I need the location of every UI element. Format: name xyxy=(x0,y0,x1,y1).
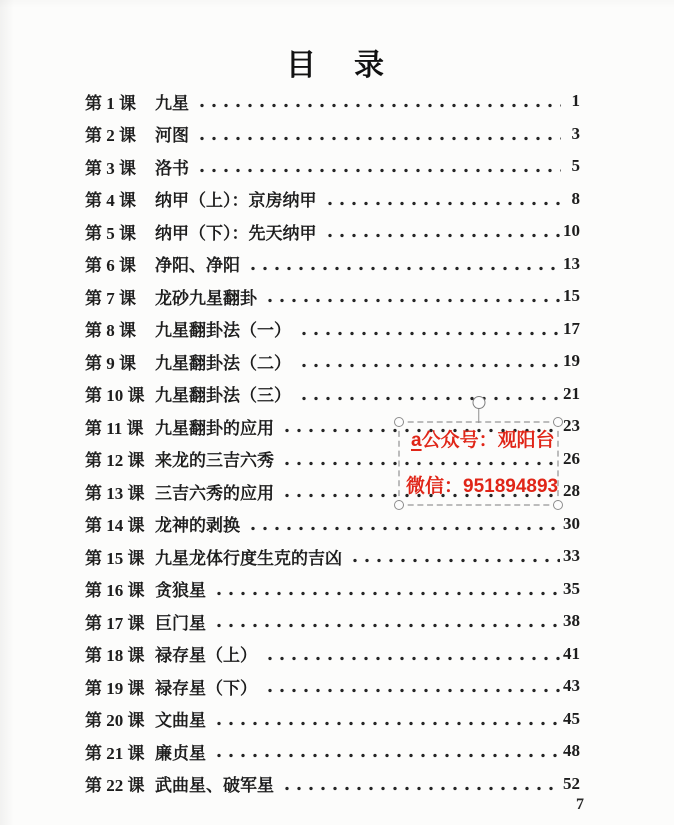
entry-lesson-label: 第 22 课 xyxy=(85,771,155,796)
entry-page-number: 3 xyxy=(564,124,580,144)
entry-lesson-label: 第 1 课 xyxy=(85,89,155,114)
watermark-textbox[interactable]: a公众号：观阳台 微信：951894893 xyxy=(398,421,559,506)
entry-page-number: 38 xyxy=(563,611,580,631)
entry-page-number: 17 xyxy=(563,319,580,339)
watermark-line2: 微信：951894893 xyxy=(406,476,558,498)
dots-leader xyxy=(263,280,560,313)
entry-title: 纳甲（下）：先天纳甲 xyxy=(155,219,320,244)
entry-lesson-label: 第 21 课 xyxy=(85,739,155,764)
entry-page-number: 19 xyxy=(563,351,580,371)
dots-leader xyxy=(246,248,560,281)
toc-entry: 第 3 课 洛书 5 xyxy=(85,150,580,183)
toc-entry: 第 1 课 九星 1 xyxy=(85,85,580,118)
dots-leader xyxy=(195,85,561,118)
toc-entry: 第 8 课 九星翻卦法（一） 17 xyxy=(85,313,580,346)
entry-title: 九星翻卦法（一） xyxy=(155,316,294,341)
entry-lesson-label: 第 2 课 xyxy=(85,121,155,146)
entry-page-number: 52 xyxy=(563,774,580,794)
entry-title: 九星翻卦法（三） xyxy=(155,381,294,406)
entry-page-number: 43 xyxy=(563,676,580,696)
toc-entry: 第 15 课 九星龙体行度生克的吉凶 33 xyxy=(85,540,580,573)
watermark-line1-underlined: a xyxy=(411,430,422,451)
entry-page-number: 10 xyxy=(563,221,580,241)
toc-entry: 第 21 课 廉贞星 48 xyxy=(85,735,580,768)
dots-leader xyxy=(280,768,560,801)
entry-page-number: 5 xyxy=(564,156,580,176)
entry-page-number: 15 xyxy=(563,286,580,306)
entry-lesson-label: 第 9 课 xyxy=(85,349,155,374)
entry-page-number: 41 xyxy=(563,644,580,664)
entry-title: 龙砂九星翻卦 xyxy=(155,284,260,309)
entry-lesson-label: 第 12 课 xyxy=(85,446,155,471)
watermark-line1: a公众号：观阳台 xyxy=(411,430,555,452)
entry-title: 九星翻卦的应用 xyxy=(155,414,277,439)
toc-entry: 第 4 课 纳甲（上）：京房纳甲 8 xyxy=(85,183,580,216)
footer-page-number: 7 xyxy=(576,796,584,814)
resize-handle-bottom-left[interactable] xyxy=(394,500,404,510)
entry-page-number: 8 xyxy=(564,189,580,209)
resize-handle-top-left[interactable] xyxy=(394,417,404,427)
document-page: 目 录 第 1 课 九星 1 第 2 课 河图 3 第 3 课 洛书 5 第 4… xyxy=(0,0,674,825)
rotate-handle-icon[interactable] xyxy=(472,396,485,409)
entry-title: 巨门星 xyxy=(155,609,209,634)
entry-title: 来龙的三吉六秀 xyxy=(155,446,277,471)
dots-leader xyxy=(297,378,560,411)
resize-handle-bottom-right[interactable] xyxy=(553,500,563,510)
entry-lesson-label: 第 18 课 xyxy=(85,641,155,666)
entry-title: 廉贞星 xyxy=(155,739,209,764)
dots-leader xyxy=(195,150,561,183)
toc-entry: 第 19 课 禄存星（下） 43 xyxy=(85,670,580,703)
entry-page-number: 21 xyxy=(563,384,580,404)
dots-leader xyxy=(323,183,562,216)
entry-page-number: 33 xyxy=(563,546,580,566)
entry-lesson-label: 第 11 课 xyxy=(85,414,155,439)
rotate-handle-stem xyxy=(478,408,480,423)
entry-page-number: 30 xyxy=(563,514,580,534)
entry-title: 纳甲（上）：京房纳甲 xyxy=(155,186,320,211)
toc-entry: 第 7 课 龙砂九星翻卦 15 xyxy=(85,280,580,313)
toc-entry: 第 18 课 禄存星（上） 41 xyxy=(85,638,580,671)
entry-title: 净阳、净阳 xyxy=(155,251,243,276)
toc-entry: 第 17 课 巨门星 38 xyxy=(85,605,580,638)
entry-page-number: 23 xyxy=(563,416,580,436)
entry-title: 龙神的剥换 xyxy=(155,511,243,536)
entry-page-number: 28 xyxy=(563,481,580,501)
entry-lesson-label: 第 16 课 xyxy=(85,576,155,601)
dots-leader xyxy=(212,703,560,736)
entry-title: 九星龙体行度生克的吉凶 xyxy=(155,544,345,569)
toc-entry: 第 5 课 纳甲（下）：先天纳甲 10 xyxy=(85,215,580,248)
entry-title: 贪狼星 xyxy=(155,576,209,601)
entry-lesson-label: 第 19 课 xyxy=(85,674,155,699)
entry-lesson-label: 第 7 课 xyxy=(85,284,155,309)
entry-title: 文曲星 xyxy=(155,706,209,731)
dots-leader xyxy=(297,345,560,378)
entry-page-number: 26 xyxy=(563,449,580,469)
entry-lesson-label: 第 15 课 xyxy=(85,544,155,569)
toc-entry: 第 10 课 九星翻卦法（三） 21 xyxy=(85,378,580,411)
entry-page-number: 1 xyxy=(564,91,580,111)
dots-leader xyxy=(263,670,560,703)
entry-title: 禄存星（上） xyxy=(155,641,260,666)
dots-leader xyxy=(212,735,560,768)
entry-title: 九星翻卦法（二） xyxy=(155,349,294,374)
toc-entry: 第 2 课 河图 3 xyxy=(85,118,580,151)
toc-entry: 第 9 课 九星翻卦法（二） 19 xyxy=(85,345,580,378)
watermark-line1-rest: 公众号：观阳台 xyxy=(422,430,555,451)
entry-title: 九星 xyxy=(155,89,192,114)
entry-lesson-label: 第 5 课 xyxy=(85,219,155,244)
entry-lesson-label: 第 10 课 xyxy=(85,381,155,406)
entry-title: 武曲星、破军星 xyxy=(155,771,277,796)
toc-entry: 第 20 课 文曲星 45 xyxy=(85,703,580,736)
entry-page-number: 13 xyxy=(563,254,580,274)
dots-leader xyxy=(195,118,561,151)
dots-leader xyxy=(323,215,561,248)
entry-lesson-label: 第 8 课 xyxy=(85,316,155,341)
dots-leader xyxy=(297,313,560,346)
entry-lesson-label: 第 20 课 xyxy=(85,706,155,731)
dots-leader xyxy=(212,573,560,606)
dots-leader xyxy=(348,540,560,573)
toc-entry: 第 14 课 龙神的剥换 30 xyxy=(85,508,580,541)
entry-page-number: 45 xyxy=(563,709,580,729)
dots-leader xyxy=(263,638,560,671)
page-title: 目 录 xyxy=(0,40,674,84)
entry-page-number: 35 xyxy=(563,579,580,599)
toc-entry: 第 22 课 武曲星、破军星 52 xyxy=(85,768,580,801)
entry-title: 禄存星（下） xyxy=(155,674,260,699)
entry-lesson-label: 第 14 课 xyxy=(85,511,155,536)
entry-lesson-label: 第 4 课 xyxy=(85,186,155,211)
entry-title: 洛书 xyxy=(155,154,192,179)
entry-lesson-label: 第 17 课 xyxy=(85,609,155,634)
toc-entry: 第 16 课 贪狼星 35 xyxy=(85,573,580,606)
entry-lesson-label: 第 3 课 xyxy=(85,154,155,179)
toc-entry: 第 6 课 净阳、净阳 13 xyxy=(85,248,580,281)
entry-lesson-label: 第 6 课 xyxy=(85,251,155,276)
entry-title: 三吉六秀的应用 xyxy=(155,479,277,504)
dots-leader xyxy=(212,605,560,638)
entry-page-number: 48 xyxy=(563,741,580,761)
dots-leader xyxy=(246,508,560,541)
entry-title: 河图 xyxy=(155,121,192,146)
entry-lesson-label: 第 13 课 xyxy=(85,479,155,504)
resize-handle-top-right[interactable] xyxy=(553,417,563,427)
